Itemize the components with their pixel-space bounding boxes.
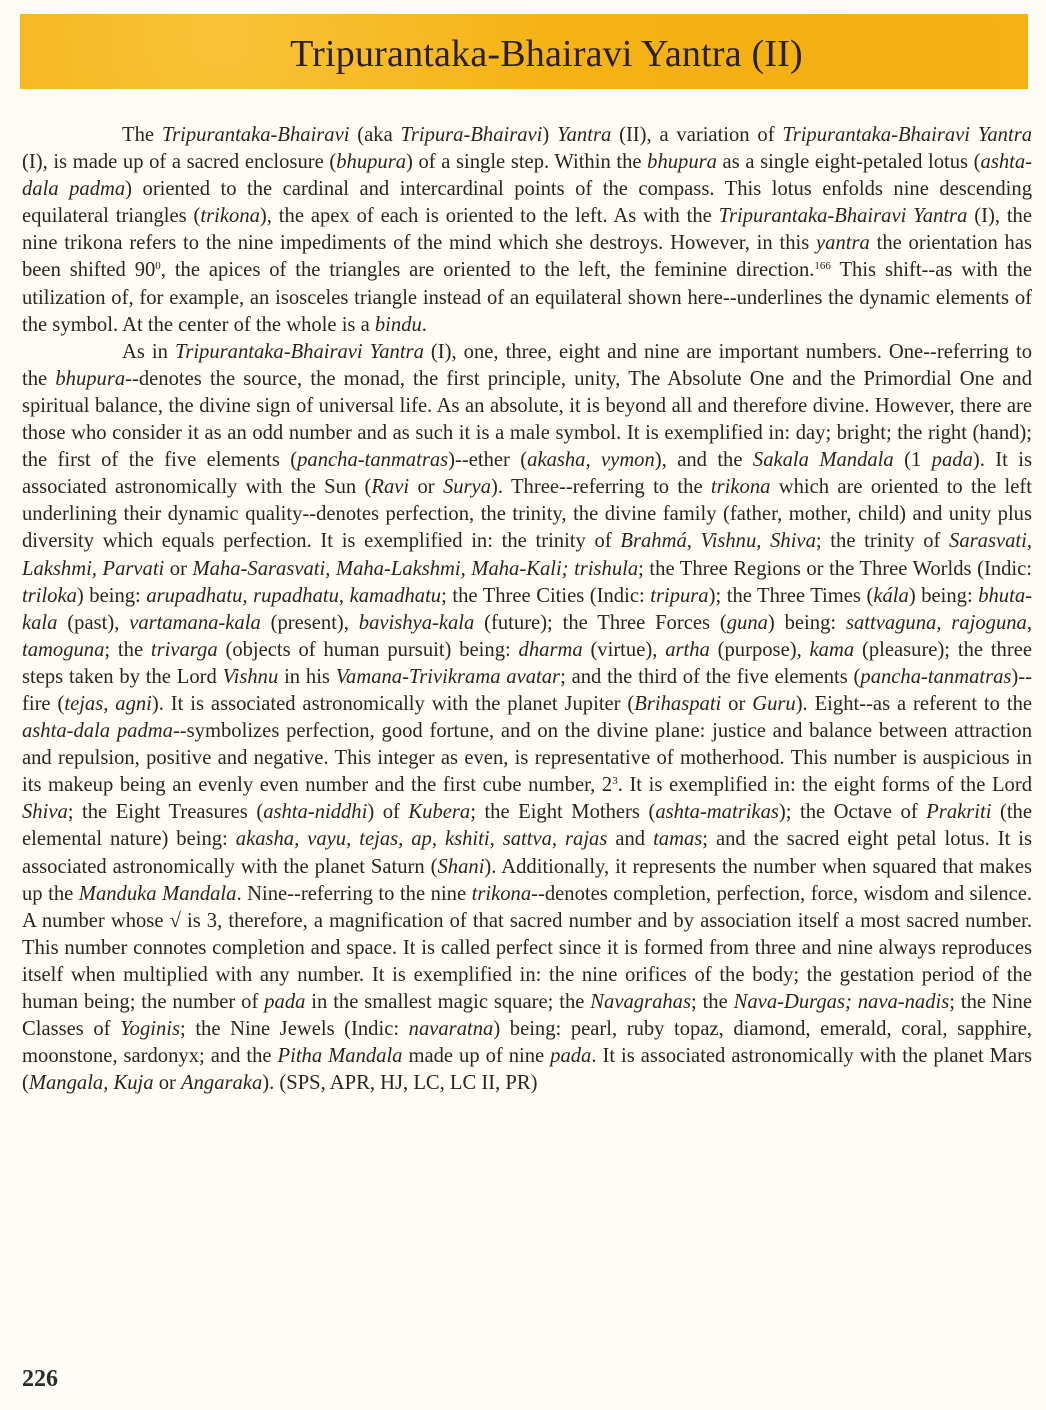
italic-term: bhupura bbox=[647, 151, 717, 173]
text-run: ; the bbox=[691, 991, 734, 1013]
italic-term: Tripurantaka-Bhairavi Yantra bbox=[782, 124, 1032, 146]
italic-term: pancha-tanmatras bbox=[297, 449, 448, 471]
title-band: Tripurantaka-Bhairavi Yantra (II) bbox=[20, 14, 1028, 89]
text-run: or bbox=[409, 476, 443, 498]
italic-term: ashta-niddhi bbox=[263, 801, 367, 823]
italic-term: akasha, vayu, tejas, ap, kshiti, sattva,… bbox=[236, 828, 608, 850]
italic-term: Guru bbox=[752, 693, 795, 715]
text-run: . Nine--referring to the nine bbox=[236, 883, 471, 905]
text-run: or bbox=[721, 693, 752, 715]
italic-term: trikona bbox=[200, 205, 260, 227]
text-run: ; the Nine Jewels (Indic: bbox=[180, 1018, 409, 1040]
text-run: ); the Three Times ( bbox=[709, 585, 874, 607]
italic-term: Brahmá, Vishnu, Shiva bbox=[620, 530, 815, 552]
italic-term: Kubera bbox=[408, 801, 470, 823]
italic-term: Shiva bbox=[22, 801, 68, 823]
italic-term: akasha, vymon bbox=[527, 449, 655, 471]
italic-term: Manduka Mandala bbox=[79, 883, 237, 905]
italic-term: Navagrahas bbox=[590, 991, 691, 1013]
italic-term: Pitha Mandala bbox=[278, 1045, 403, 1067]
italic-term: bindu bbox=[375, 314, 422, 336]
italic-term: pada bbox=[550, 1045, 591, 1067]
italic-term: ashta-dala padma bbox=[22, 720, 173, 742]
italic-term: tripura bbox=[650, 585, 708, 607]
text-run: (II), a variation of bbox=[611, 124, 782, 146]
text-run: ; the Three Cities (Indic: bbox=[441, 585, 650, 607]
text-run: ) being: bbox=[77, 585, 146, 607]
text-run: ; the bbox=[104, 639, 151, 661]
text-run: ). Three--referring to the bbox=[491, 476, 711, 498]
text-run: in the smallest magic square; the bbox=[305, 991, 590, 1013]
text-run: and bbox=[607, 828, 653, 850]
italic-term: dharma bbox=[519, 639, 583, 661]
text-run: ), and the bbox=[655, 449, 753, 471]
italic-term: Yoginis bbox=[120, 1018, 180, 1040]
text-run: ; the Eight Treasures ( bbox=[68, 801, 263, 823]
text-run: (future); the Three Forces ( bbox=[474, 612, 726, 634]
italic-term: bhupura bbox=[55, 368, 125, 390]
text-run: (aka bbox=[349, 124, 400, 146]
italic-term: kama bbox=[810, 639, 855, 661]
text-run: ) being: bbox=[768, 612, 846, 634]
italic-term: Sakala Mandala bbox=[753, 449, 894, 471]
text-run: ; the trinity of bbox=[816, 530, 949, 552]
italic-term: Tripura-Bhairavi bbox=[401, 124, 543, 146]
italic-term: Angaraka bbox=[181, 1072, 262, 1094]
text-run: ). It is associated astronomically with … bbox=[152, 693, 634, 715]
italic-term: arupadhatu, rupadhatu, kamadhatu bbox=[146, 585, 441, 607]
text-run: ); the Octave of bbox=[779, 801, 926, 823]
italic-term: navaratna bbox=[409, 1018, 494, 1040]
text-run: , the apices of the triangles are orient… bbox=[161, 259, 815, 281]
text-run: ; the Eight Mothers ( bbox=[470, 801, 655, 823]
text-run: . It is exemplified in: the eight forms … bbox=[618, 774, 1032, 796]
italic-term: bavishya-kala bbox=[359, 612, 475, 634]
italic-term: Surya bbox=[443, 476, 491, 498]
text-run: ) of bbox=[367, 801, 408, 823]
text-run: ; and the third of the five elements ( bbox=[560, 666, 860, 688]
italic-term: Prakriti bbox=[926, 801, 991, 823]
text-run: (I), is made up of a sacred enclosure ( bbox=[22, 151, 336, 173]
text-run: (past), bbox=[57, 612, 129, 634]
text-run: ) of a single step. Within the bbox=[406, 151, 647, 173]
text-run: ) being: bbox=[909, 585, 978, 607]
text-run: . bbox=[422, 314, 427, 336]
italic-term: artha bbox=[665, 639, 710, 661]
italic-term: Vamana-Trivikrama avatar bbox=[336, 666, 560, 688]
text-run: in his bbox=[278, 666, 335, 688]
text-run: (present), bbox=[261, 612, 359, 634]
text-run: ). Eight--as a referent to the bbox=[796, 693, 1032, 715]
text-run: As in bbox=[122, 341, 175, 363]
text-run: ; the Three Regions or the Three Worlds … bbox=[638, 558, 1032, 580]
italic-term: yantra bbox=[816, 232, 870, 254]
italic-term: pada bbox=[264, 991, 305, 1013]
italic-term: Maha-Sarasvati, Maha-Lakshmi, Maha-Kali;… bbox=[193, 558, 639, 580]
italic-term: trikona bbox=[711, 476, 771, 498]
text-run: (purpose), bbox=[710, 639, 810, 661]
page-title: Tripurantaka-Bhairavi Yantra (II) bbox=[290, 32, 803, 76]
text-run: )--ether ( bbox=[448, 449, 527, 471]
italic-term: Ravi bbox=[371, 476, 409, 498]
italic-term: tamas bbox=[653, 828, 702, 850]
text-run: ) bbox=[542, 124, 557, 146]
italic-term: Nava-Durgas; nava-nadis bbox=[734, 991, 950, 1013]
text-run: (objects of human pursuit) being: bbox=[218, 639, 519, 661]
italic-term: tejas, agni bbox=[64, 693, 152, 715]
page-number: 226 bbox=[22, 1366, 58, 1393]
italic-term: trikona bbox=[472, 883, 532, 905]
text-run: made up of nine bbox=[402, 1045, 550, 1067]
text-run: or bbox=[154, 1072, 181, 1094]
text-run: as a single eight-petaled lotus ( bbox=[717, 151, 981, 173]
italic-term: Brihaspati bbox=[634, 693, 721, 715]
italic-term: vartamana-kala bbox=[129, 612, 261, 634]
italic-term: Shani bbox=[438, 856, 485, 878]
italic-term: pada bbox=[932, 449, 973, 471]
italic-term: Tripurantaka-Bhairavi Yantra bbox=[175, 341, 424, 363]
text-run: (1 bbox=[894, 449, 932, 471]
italic-term: triloka bbox=[22, 585, 77, 607]
text-run: or bbox=[164, 558, 192, 580]
italic-term: bhupura bbox=[336, 151, 406, 173]
italic-term: kála bbox=[873, 585, 908, 607]
italic-term: Yantra bbox=[557, 124, 611, 146]
italic-term: ashta-matrikas bbox=[655, 801, 779, 823]
italic-term: Tripurantaka-Bhairavi bbox=[162, 124, 350, 146]
paragraph-1: The Tripurantaka-Bhairavi (aka Tripura-B… bbox=[22, 122, 1032, 339]
text-run: (virtue), bbox=[583, 639, 666, 661]
text-run: ). (SPS, APR, HJ, LC, LC II, PR) bbox=[262, 1072, 537, 1094]
text-run: ), the apex of each is oriented to the l… bbox=[260, 205, 719, 227]
text-run: The bbox=[122, 124, 162, 146]
italic-term: Tripurantaka-Bhairavi Yantra bbox=[719, 205, 968, 227]
body-text: The Tripurantaka-Bhairavi (aka Tripura-B… bbox=[22, 122, 1032, 1097]
italic-term: Vishnu bbox=[223, 666, 279, 688]
italic-term: Mangala, Kuja bbox=[29, 1072, 154, 1094]
superscript: 166 bbox=[814, 260, 831, 272]
italic-term: trivarga bbox=[151, 639, 218, 661]
italic-term: guna bbox=[727, 612, 768, 634]
paragraph-2: As in Tripurantaka-Bhairavi Yantra (I), … bbox=[22, 339, 1032, 1098]
italic-term: pancha-tanmatras bbox=[860, 666, 1011, 688]
